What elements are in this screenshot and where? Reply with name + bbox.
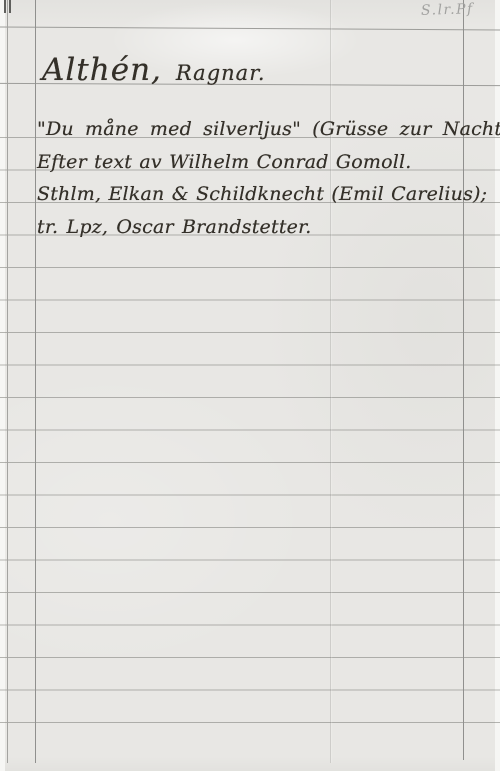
- entry-line-publisher: Sthlm, Elkan & Schildknecht (Emil Careli…: [37, 183, 487, 205]
- right-margin-line: [463, 0, 464, 760]
- entry-line-text-credit: Efter text av Wilhelm Conrad Gomoll.: [37, 151, 412, 173]
- entry-line-title: "Du måne med silverljus" (Grüsse zur Nac…: [37, 118, 500, 140]
- left-margin-line: [35, 0, 36, 763]
- corner-tick: [4, 0, 6, 13]
- edge-vertical-line: [7, 0, 8, 763]
- corner-tick: [9, 0, 11, 13]
- entry-heading: Althén,Ragnar.: [42, 52, 266, 88]
- entry-surname: Althén,: [42, 52, 162, 88]
- paper-crease: [330, 0, 331, 763]
- entry-forename: Ragnar.: [176, 61, 266, 85]
- shelf-mark-annotation: S.lr.Pf: [421, 1, 474, 19]
- scanned-catalog-card: S.lr.Pf Althén,Ragnar. "Du måne med silv…: [0, 0, 500, 771]
- entry-line-printer: tr. Lpz, Oscar Brandstetter.: [37, 216, 312, 238]
